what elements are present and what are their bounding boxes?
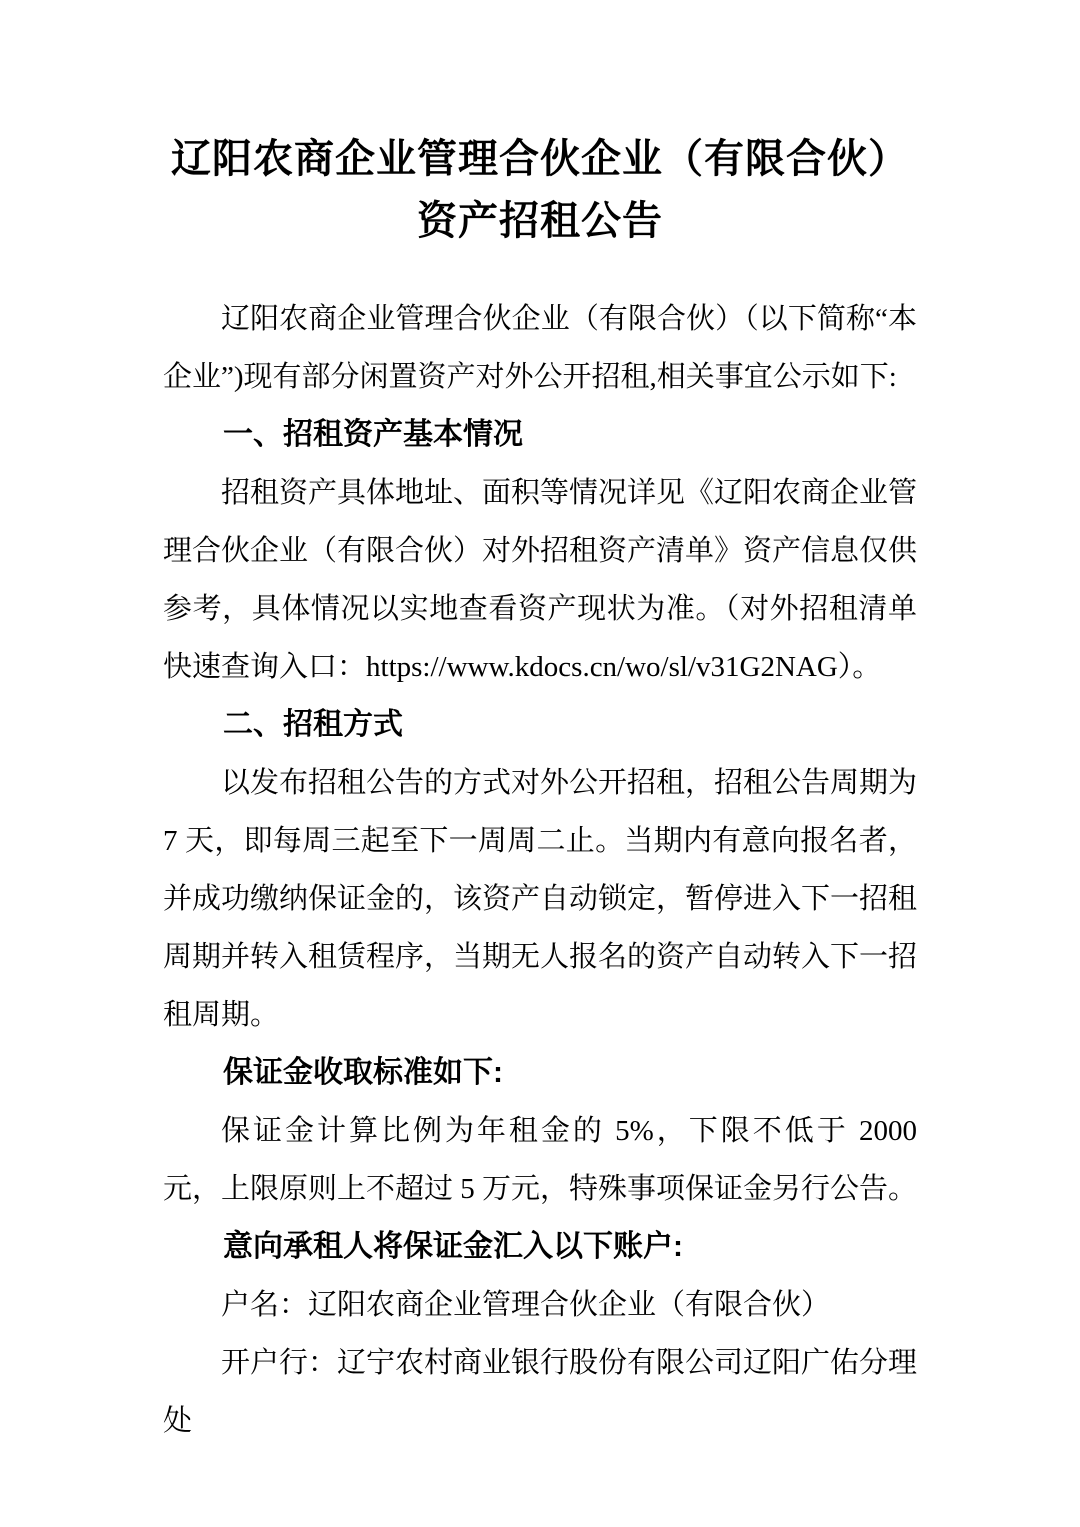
- intro-paragraph: 辽阳农商企业管理合伙企业（有限合伙）（以下简称“本企业”)现有部分闲置资产对外公…: [163, 290, 917, 406]
- document-title: 辽阳农商企业管理合伙企业（有限合伙） 资产招租公告: [0, 128, 1080, 252]
- account-name-paragraph: 户名：辽阳农商企业管理合伙企业（有限合伙）: [163, 1276, 917, 1334]
- bank-branch-paragraph: 开户行：辽宁农村商业银行股份有限公司辽阳广佑分理处: [163, 1334, 917, 1450]
- deposit-account-heading: 意向承租人将保证金汇入以下账户:: [163, 1218, 917, 1276]
- deposit-calculation-paragraph: 保证金计算比例为年租金的 5%，下限不低于 2000 元，上限原则上不超过 5 …: [163, 1102, 917, 1218]
- section-2-heading: 二、招租方式: [163, 696, 917, 754]
- title-line-2: 资产招租公告: [0, 190, 1080, 252]
- document-page: 辽阳农商企业管理合伙企业（有限合伙） 资产招租公告 辽阳农商企业管理合伙企业（有…: [0, 0, 1080, 1527]
- title-line-1: 辽阳农商企业管理合伙企业（有限合伙）: [0, 128, 1080, 190]
- document-body: 辽阳农商企业管理合伙企业（有限合伙）（以下简称“本企业”)现有部分闲置资产对外公…: [163, 290, 917, 1450]
- kdocs-url: https://www.kdocs.cn/wo/sl/v31G2NAG: [366, 651, 838, 683]
- rental-method-paragraph: 以发布招租公告的方式对外公开招租，招租公告周期为 7 天，即每周三起至下一周周二…: [163, 754, 917, 1044]
- deposit-standard-heading: 保证金收取标准如下:: [163, 1044, 917, 1102]
- section-1-heading: 一、招租资产基本情况: [163, 406, 917, 464]
- asset-info-paragraph: 招租资产具体地址、面积等情况详见《辽阳农商企业管理合伙企业（有限合伙）对外招租资…: [163, 464, 917, 696]
